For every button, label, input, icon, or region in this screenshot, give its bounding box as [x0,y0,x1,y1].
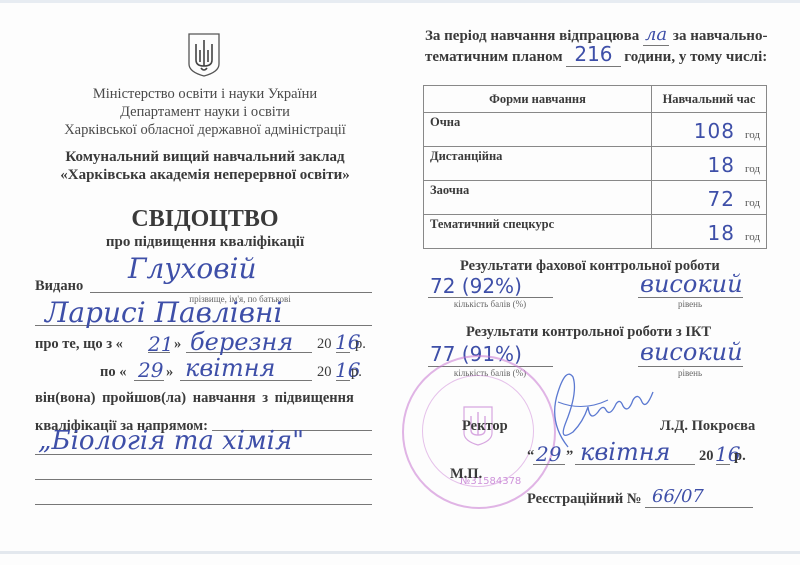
hours-unit: год [745,163,760,175]
date-quote-close: ” [566,448,573,465]
date-month-value: квітня [580,438,670,466]
quote-close: » [174,336,181,353]
registration-label: Реєстраційний № [527,491,641,508]
from-month-value: березня [190,328,293,356]
table-row: Тематичний спецкурс 18год [424,215,767,249]
form-name: Заочна [424,181,652,215]
scan-edge-bottom [0,551,800,554]
hours-statement: За період навчання відпрацюва ла за навч… [425,26,775,66]
quote-close-2: » [166,364,173,381]
blank-line-2 [35,504,372,505]
header-hours: Навчальний час [652,86,767,113]
certificate-subtitle: про підвищення кваліфікації [30,234,380,251]
form-name: Очна [424,113,652,147]
date-year-prefix: 20 [699,448,714,465]
total-hours-value: 216 [566,42,620,67]
to-month-value: квітня [185,354,275,382]
table-row: Заочна 72год [424,181,767,215]
professional-level-value: високий [640,270,743,298]
from-day-value: 21 [148,332,173,356]
from-year-suffix-label: р. [355,336,366,353]
rector-name: Л.Д. Покроєва [660,418,755,435]
ukraine-trident-icon [186,32,222,78]
form-name: Тематичний спецкурс [424,215,652,249]
certificate-title: СВІДОЦТВО [30,206,380,233]
header-forms: Форми навчання [424,86,652,113]
professional-level-hint: рівень [660,299,720,309]
seal-label: М.П. [450,466,482,483]
ministry-header: Міністерство освіти і науки України Депа… [40,85,370,139]
issued-label: Видано [35,278,83,295]
hours-unit: год [745,231,760,243]
department-line: Департамент науки і освіти [40,103,370,121]
registration-line [645,507,753,508]
hours-cell: 108год [652,113,767,147]
surname-line [90,292,372,293]
surname-value: Глуховій [128,252,257,285]
to-day-value: 29 [138,358,163,382]
to-year-suffix-label: р. [351,364,362,381]
date-day-value: 29 [536,442,561,466]
hours-value: 72 [708,187,735,211]
scan-edge-top [0,0,800,3]
date-quote-open: “ [527,448,534,465]
institution-line-2: «Харківська академія неперервної освіти» [30,166,380,184]
study-forms-table: Форми навчання Навчальний час Очна 108го… [423,85,767,249]
professional-score-hint: кількість балів (%) [440,299,540,309]
hours-line1-fill: ла [643,24,669,46]
professional-score-value: 72 (92%) [430,274,522,298]
registration-number: 66/07 [652,486,704,507]
blank-line-1 [35,479,372,480]
institution-line-1: Комунальний вищий навчальний заклад [30,148,380,166]
period-to-label: по « [100,364,126,381]
table-row: Очна 108год [424,113,767,147]
hours-value: 108 [694,119,735,143]
form-name: Дистанційна [424,147,652,181]
date-year-label: р. [734,448,746,465]
rector-label: Ректор [462,418,508,435]
ministry-line: Міністерство освіти і науки України [40,85,370,103]
hours-unit: год [745,129,760,141]
from-year-prefix: 20 [317,336,332,353]
hours-value: 18 [708,221,735,245]
hours-cell: 18год [652,147,767,181]
hours-line2-suffix: години, у тому числі: [624,49,767,65]
hours-line1-suffix: за навчально- [673,28,768,44]
table-row: Дистанційна 18год [424,147,767,181]
hours-cell: 72год [652,181,767,215]
administration-line: Харківської обласної державної адміністр… [40,121,370,139]
direction-value: „Біологія та хімія" [38,426,304,456]
period-from-label: про те, що з « [35,336,123,353]
training-statement: він(вона) пройшов(ла) навчання з підвище… [35,390,373,407]
hours-unit: год [745,197,760,209]
hours-cell: 18год [652,215,767,249]
hours-line2-prefix: тематичним планом [425,49,563,65]
hours-value: 18 [708,153,735,177]
institution-name: Комунальний вищий навчальний заклад «Хар… [30,148,380,184]
name-patronymic-value: Ларисі Павлівні [45,296,282,329]
ict-level-hint: рівень [660,368,720,378]
to-year-prefix: 20 [317,364,332,381]
